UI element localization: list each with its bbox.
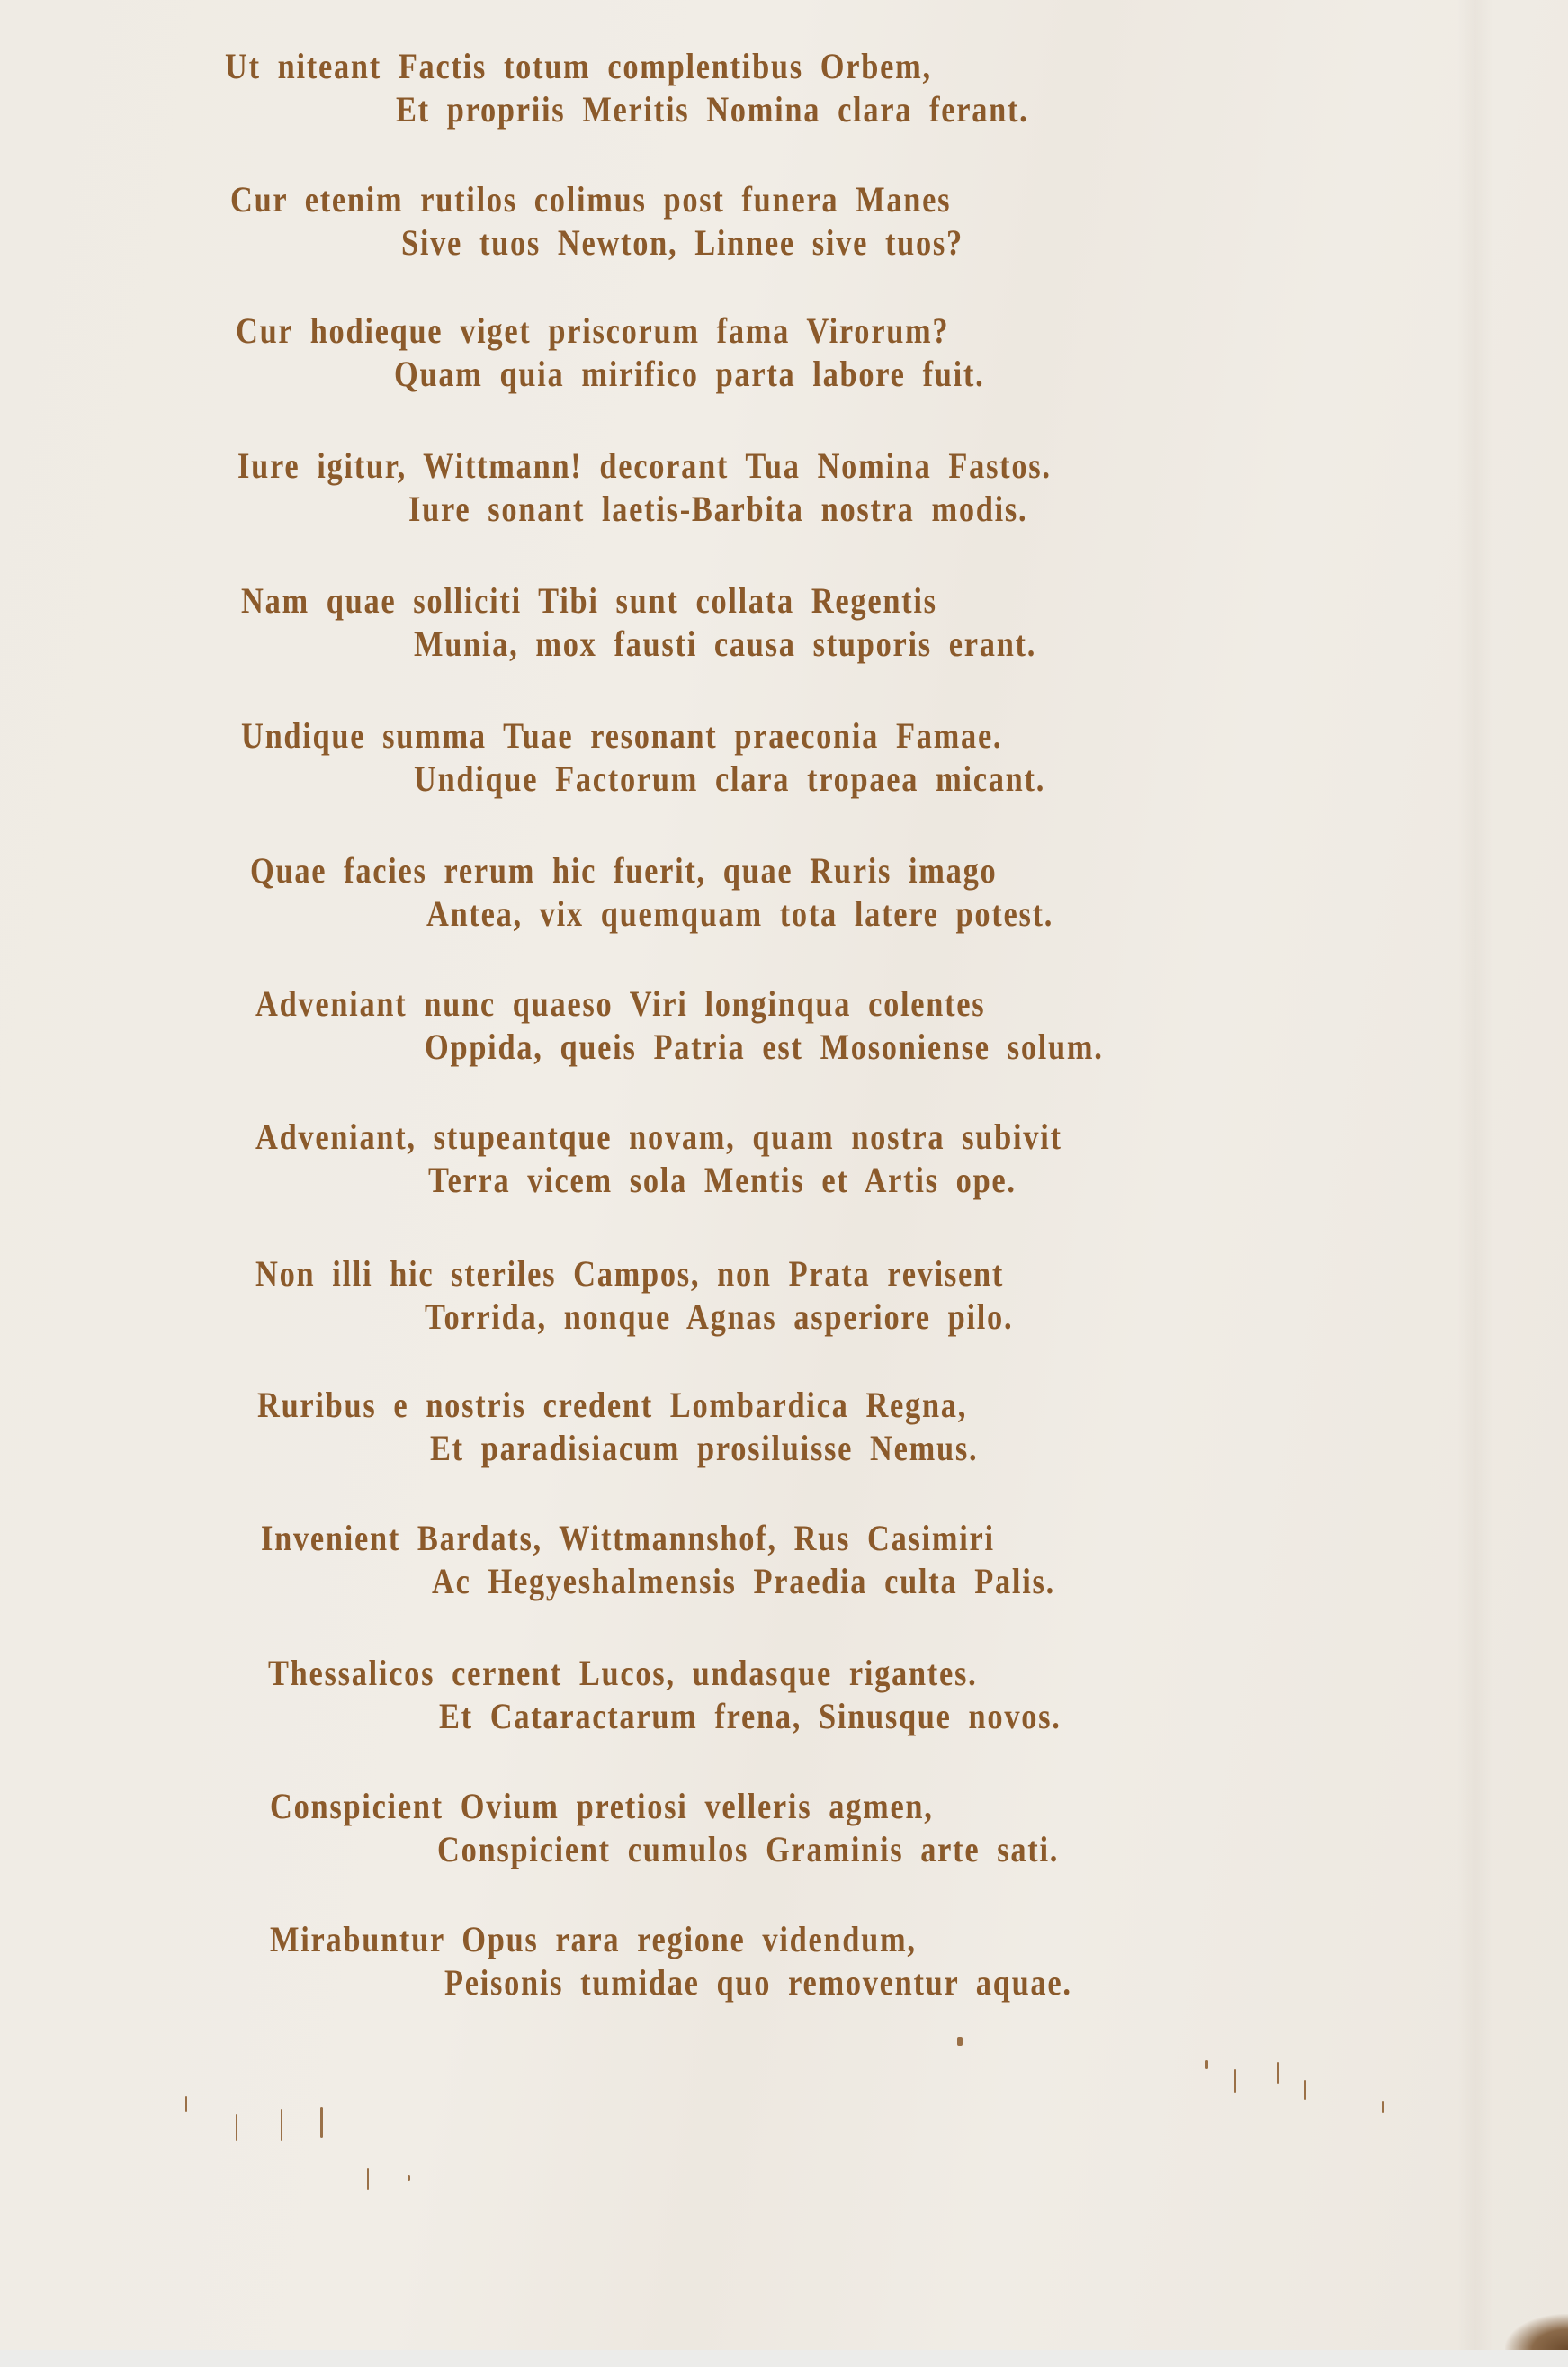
couplet-12-line-2: Ac Hegyeshalmensis Praedia culta Palis. [432,1560,1055,1603]
couplet-11-line-2: Et paradisiacum prosiluisse Nemus. [430,1427,978,1470]
paper-fold-shadow [1457,0,1493,2350]
ink-speck [1304,2080,1306,2100]
couplet-7-line-2: Antea, vix quemquam tota latere potest. [426,892,1053,936]
couplet-6-line-1: Undique summa Tuae resonant praeconia Fa… [241,714,1002,758]
couplet-10-line-2: Torrida, nonque Agnas asperiore pilo. [425,1296,1013,1339]
couplet-4-line-2: Iure sonant laetis-Barbita nostra modis. [408,488,1027,531]
ink-speck [1234,2069,1236,2093]
couplet-8-line-1: Adveniant nunc quaeso Viri longinqua col… [255,982,985,1026]
couplet-11-line-1: Ruribus e nostris credent Lombardica Reg… [257,1384,967,1427]
couplet-4-line-1: Iure igitur, Wittmann! decorant Tua Nomi… [237,444,1052,488]
page-corner-stain [1505,2314,1568,2350]
couplet-10-line-1: Non illi hic steriles Campos, non Prata … [255,1252,1004,1296]
document-page: Ut niteant Factis totum complentibus Orb… [0,0,1568,2350]
couplet-13-line-1: Thessalicos cernent Lucos, undasque riga… [268,1652,977,1695]
couplet-7-line-1: Quae facies rerum hic fuerit, quae Ruris… [250,849,997,892]
ink-speck [957,2037,963,2046]
couplet-8-line-2: Oppida, queis Patria est Mosoniense solu… [425,1026,1104,1069]
ink-speck [236,2114,237,2141]
couplet-3-line-2: Quam quia mirifico parta labore fuit. [394,353,984,396]
couplet-14-line-1: Conspicient Ovium pretiosi velleris agme… [270,1785,934,1828]
ink-speck [185,2096,187,2112]
couplet-13-line-2: Et Cataractarum frena, Sinusque novos. [439,1695,1062,1738]
couplet-9-line-1: Adveniant, stupeantque novam, quam nostr… [255,1116,1062,1159]
ink-speck [281,2109,282,2141]
couplet-12-line-1: Invenient Bardats, Wittmannshof, Rus Cas… [261,1517,995,1560]
ink-speck [1382,2101,1384,2113]
couplet-2-line-2: Sive tuos Newton, Linnee sive tuos? [401,221,963,264]
couplet-15-line-1: Mirabuntur Opus rara regione videndum, [270,1918,917,1961]
ink-speck [1277,2062,1279,2084]
couplet-9-line-2: Terra vicem sola Mentis et Artis ope. [428,1159,1017,1202]
ink-speck [320,2107,323,2138]
ink-speck [408,2175,410,2181]
couplet-15-line-2: Peisonis tumidae quo removentur aquae. [444,1961,1072,2004]
couplet-5-line-2: Munia, mox fausti causa stuporis erant. [414,623,1036,666]
couplet-1-line-1: Ut niteant Factis totum complentibus Orb… [225,45,932,88]
couplet-1-line-2: Et propriis Meritis Nomina clara ferant. [396,88,1029,131]
couplet-5-line-1: Nam quae solliciti Tibi sunt collata Reg… [241,579,937,623]
couplet-6-line-2: Undique Factorum clara tropaea micant. [414,758,1045,801]
couplet-2-line-1: Cur etenim rutilos colimus post funera M… [230,178,951,221]
couplet-3-line-1: Cur hodieque viget priscorum fama Viroru… [236,309,949,353]
ink-speck [367,2168,369,2190]
ink-speck [1205,2060,1208,2069]
couplet-14-line-2: Conspicient cumulos Graminis arte sati. [437,1828,1059,1871]
